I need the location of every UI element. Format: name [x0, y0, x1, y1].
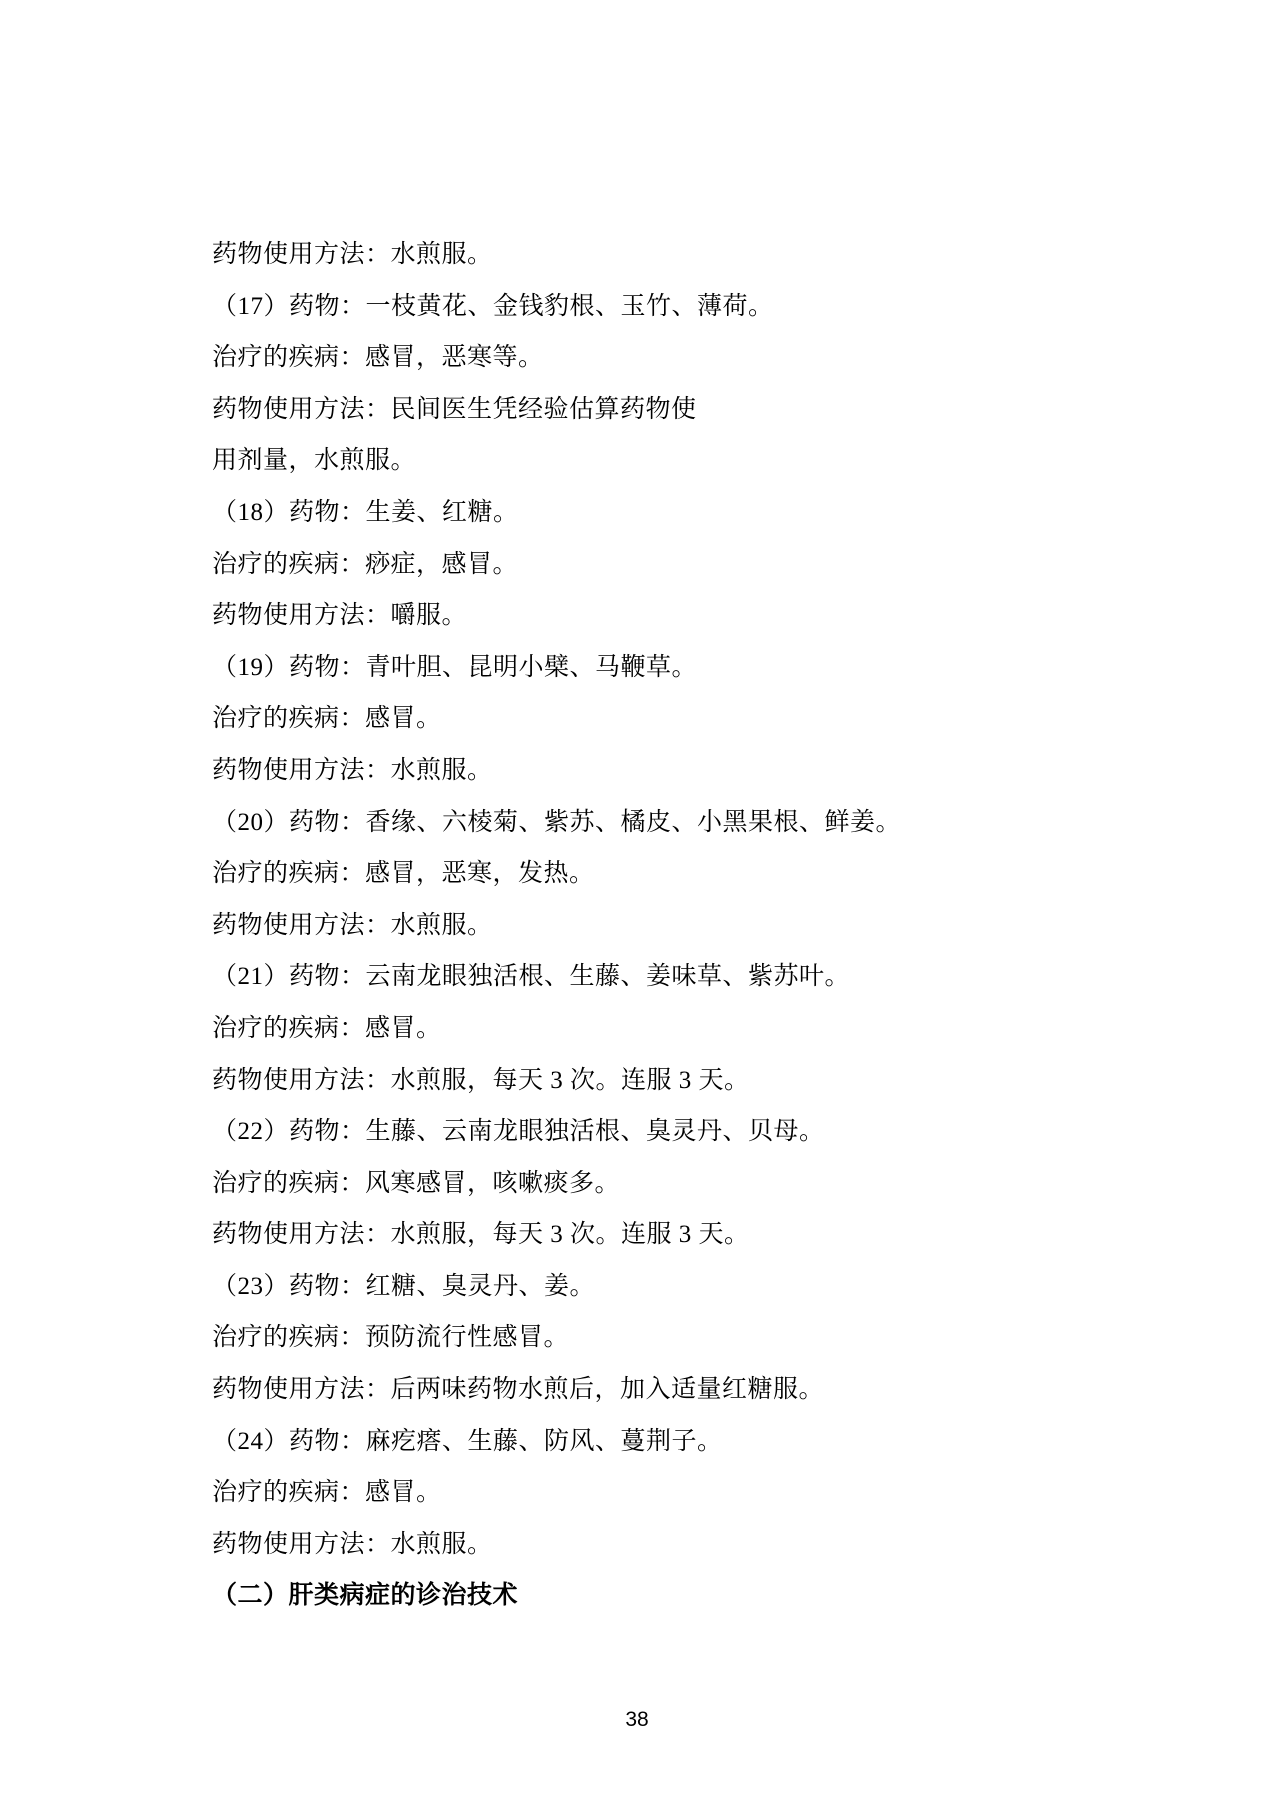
paragraph-line: 治疗的疾病：感冒。 — [212, 1467, 1184, 1519]
remedy-item-17: （17）药物：一枝黄花、金钱豹根、玉竹、薄荷。 — [212, 281, 1184, 333]
paragraph-line: 药物使用方法：水煎服。 — [212, 900, 1184, 952]
remedy-item-19: （19）药物：青叶胆、昆明小檗、马鞭草。 — [212, 642, 1184, 694]
paragraph-line: 治疗的疾病：感冒。 — [212, 693, 1184, 745]
paragraph-line: 药物使用方法：水煎服，每天 3 次。连服 3 天。 — [212, 1055, 1184, 1107]
paragraph-line: 药物使用方法：嚼服。 — [212, 590, 1184, 642]
paragraph-line: 治疗的疾病：预防流行性感冒。 — [212, 1312, 1184, 1364]
paragraph-line: 药物使用方法：水煎服，每天 3 次。连服 3 天。 — [212, 1209, 1184, 1261]
document-body: 药物使用方法：水煎服。 （17）药物：一枝黄花、金钱豹根、玉竹、薄荷。 治疗的疾… — [212, 229, 1184, 1622]
document-page: 药物使用方法：水煎服。 （17）药物：一枝黄花、金钱豹根、玉竹、薄荷。 治疗的疾… — [0, 0, 1274, 1801]
remedy-item-21: （21）药物：云南龙眼独活根、生藤、姜味草、紫苏叶。 — [212, 951, 1184, 1003]
paragraph-line: 药物使用方法：水煎服。 — [212, 229, 1184, 281]
paragraph-line: 治疗的疾病：感冒，恶寒等。 — [212, 332, 1184, 384]
remedy-item-18: （18）药物：生姜、红糖。 — [212, 487, 1184, 539]
remedy-item-20: （20）药物：香缘、六棱菊、紫苏、橘皮、小黑果根、鲜姜。 — [212, 797, 1184, 849]
paragraph-line: 药物使用方法：水煎服。 — [212, 1519, 1184, 1571]
paragraph-line: 治疗的疾病：感冒。 — [212, 1003, 1184, 1055]
remedy-item-23: （23）药物：红糖、臭灵丹、姜。 — [212, 1261, 1184, 1313]
paragraph-line: 治疗的疾病：风寒感冒，咳嗽痰多。 — [212, 1158, 1184, 1210]
remedy-item-22: （22）药物：生藤、云南龙眼独活根、臭灵丹、贝母。 — [212, 1106, 1184, 1158]
paragraph-line: 治疗的疾病：痧症，感冒。 — [212, 539, 1184, 591]
paragraph-line: 药物使用方法：民间医生凭经验估算药物使 — [212, 384, 1184, 436]
remedy-item-24: （24）药物：麻疙瘩、生藤、防风、蔓荆子。 — [212, 1416, 1184, 1468]
paragraph-line: 药物使用方法：后两味药物水煎后，加入适量红糖服。 — [212, 1364, 1184, 1416]
section-heading: （二）肝类病症的诊治技术 — [212, 1570, 1184, 1622]
paragraph-line: 用剂量，水煎服。 — [212, 435, 1184, 487]
paragraph-line: 药物使用方法：水煎服。 — [212, 745, 1184, 797]
paragraph-line: 治疗的疾病：感冒，恶寒，发热。 — [212, 848, 1184, 900]
page-number: 38 — [0, 1708, 1274, 1732]
